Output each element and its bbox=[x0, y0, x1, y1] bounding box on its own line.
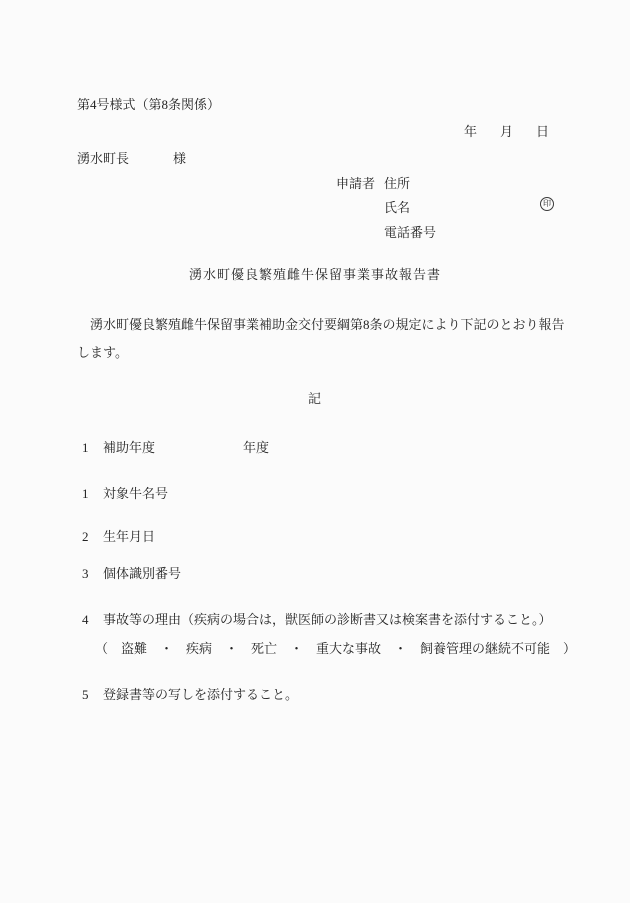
form-number: 第4号様式（第8条関係） bbox=[77, 97, 220, 112]
applicant-label: 申請者 bbox=[336, 176, 375, 191]
applicant-name-label: 氏名 bbox=[384, 200, 410, 215]
item-label: 生年月日 bbox=[103, 529, 155, 544]
item-label: 対象牛名号 bbox=[103, 486, 168, 501]
date-month-label: 月 bbox=[500, 124, 513, 139]
item-label: 個体識別番号 bbox=[103, 566, 181, 581]
date-line: 年 月 日 bbox=[464, 124, 549, 139]
document-title: 湧水町優良繁殖雌牛保留事業事故報告書 bbox=[0, 267, 630, 282]
item-label: 事故等の理由（疾病の場合は，獣医師の診断書又は検案書を添付すること。） bbox=[103, 612, 552, 627]
item-number: 1 bbox=[82, 486, 89, 501]
applicant-phone-label: 電話番号 bbox=[384, 225, 436, 240]
item-label: 補助年度 bbox=[103, 440, 155, 455]
date-year-label: 年 bbox=[464, 124, 477, 139]
intro-paragraph-line1: 湧水町優良繁殖雌牛保留事業補助金交付要綱第8条の規定により下記のとおり報告 bbox=[77, 317, 565, 332]
seal-icon: 印 bbox=[540, 197, 554, 211]
date-day-label: 日 bbox=[536, 124, 549, 139]
item-number: 5 bbox=[82, 687, 89, 702]
addressee: 湧水町長 bbox=[77, 151, 129, 166]
item-reason-options: （ 盗難 ・ 疾病 ・ 死亡 ・ 重大な事故 ・ 飼養管理の継続不可能 ） bbox=[95, 641, 576, 656]
item-number: 2 bbox=[82, 529, 89, 544]
intro-paragraph-line2: します。 bbox=[77, 345, 128, 360]
item-number: 3 bbox=[82, 566, 89, 581]
item-number: 4 bbox=[82, 612, 89, 627]
item-label: 登録書等の写しを添付すること。 bbox=[103, 687, 298, 702]
applicant-address-label: 住所 bbox=[384, 176, 410, 191]
addressee-honorific: 様 bbox=[173, 151, 186, 166]
ki-marker: 記 bbox=[0, 391, 630, 406]
item-suffix: 年度 bbox=[243, 440, 269, 455]
item-number: 1 bbox=[82, 440, 89, 455]
document-page: 第4号様式（第8条関係） 年 月 日 湧水町長 様 申請者 住所 氏名 印 電話… bbox=[0, 0, 630, 903]
